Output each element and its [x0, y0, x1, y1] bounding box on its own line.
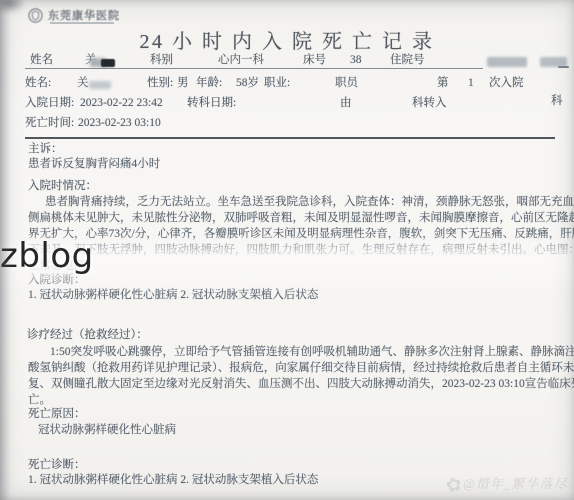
hospital-emblem-icon — [28, 8, 43, 23]
transfer-from-label: 由 — [340, 96, 352, 110]
name-redaction-block — [101, 59, 115, 67]
zblog-watermark: zblog — [0, 236, 94, 276]
admission-no-underline-tail — [558, 66, 569, 68]
rescue-course-line: 1:50突发呼吸心跳骤停，立即给予气管插管连接有创呼吸机辅助通气、静脉多次注射肾… — [50, 345, 574, 359]
admission-date-label: 入院日期: — [25, 96, 74, 110]
rescue-course-line: 亡。 — [28, 393, 51, 407]
name-redaction-smudge-2 — [89, 81, 111, 89]
page-title: 24 小 时 内 入 院 死 亡 记 录 — [0, 25, 574, 54]
admission-state-line: 患者胸背痛持续，乏力无法站立。坐车急送至我院急诊科，入院查体：神清，颈静脉无怒张… — [45, 195, 574, 209]
death-diagnosis-label: 死亡诊断： — [28, 458, 86, 472]
section-divider-rule — [25, 137, 555, 139]
header-bed-label: 床号 — [303, 53, 326, 67]
occupation-label: 职业: — [264, 76, 290, 90]
death-record-photo: 东莞康华医院 24 小 时 内 入 院 死 亡 记 录 姓名 关 科别 心内一科… — [0, 0, 574, 500]
sex-label: 性别: — [147, 76, 173, 90]
photo-credit-text: @惜年_繁华落尽 — [463, 476, 567, 491]
admission-diagnosis-text: 1. 冠状动脉粥样硬化性心脏病 2. 冠状动脉支架植入后状态 — [28, 288, 318, 302]
rescue-course-line: 复、双侧瞳孔散大固定至边缘对光反射消失、血压测不出、四肢大动脉搏动消失，2023… — [28, 377, 574, 391]
hospital-name: 东莞康华医院 — [48, 7, 120, 23]
admission-state-line: 界无扩大，心率73次/分，心律齐，各瓣膜听诊区未闻及明显病理性杂音，腹软，剑突下… — [28, 227, 574, 241]
death-diagnosis-text: 1. 冠状动脉粥样硬化性心脏病 2. 冠状动脉支架植入后状态 — [28, 473, 318, 487]
photo-credit-watermark: ✿@惜年_繁华落尽 — [446, 473, 567, 497]
hospital-logo-subtext — [50, 22, 114, 24]
dept-word: 科 — [551, 94, 563, 108]
header-bed-value: 38 — [350, 53, 362, 67]
header-dept-value: 心内一科 — [218, 53, 264, 67]
name-value: 关 — [77, 76, 89, 90]
chief-complaint-label: 主诉： — [28, 142, 63, 156]
chief-complaint-text: 患者诉反复胸背闷痛4小时 — [28, 157, 160, 171]
rescue-course-line: 酸氢钠纠酸（抢救用药详见护理记录）、报病危，向家属仔细交待目前病情，经过持续抢救… — [28, 361, 574, 375]
admission-date-value: 2023-02-22 23:42 — [80, 96, 163, 110]
death-time-label: 死亡时间: — [25, 116, 74, 130]
rescue-course-label: 诊疗经过（抢救经过）： — [27, 328, 148, 342]
admission-state-line: 侧扁桃体未见肿大，未见脓性分泌物，双肺呼吸音粗，未闻及明显湿性啰音，未闻胸膜摩擦… — [28, 211, 574, 225]
visit-number: 1 — [468, 76, 474, 90]
sex-value: 男 — [177, 76, 189, 90]
admission-state-label: 入院时情况： — [28, 179, 97, 193]
occupation-value: 职员 — [335, 76, 358, 90]
age-value: 58岁 — [236, 76, 259, 90]
death-cause-text: 冠状动脉粥样硬化性心脏病 — [38, 423, 176, 437]
header-name-label: 姓名 — [30, 53, 53, 67]
age-label: 年龄: — [196, 76, 222, 90]
death-time-value: 2023-02-23 03:10 — [78, 116, 161, 130]
hospital-logo: 东莞康华医院 — [28, 7, 120, 23]
header-admission-no-label: 住院号 — [390, 53, 425, 67]
admission-no-redaction-1 — [487, 57, 527, 67]
header-dept-label: 科别 — [150, 53, 173, 67]
visit-suffix: 次入院 — [489, 76, 524, 90]
admission-state-line: 下未及，双下肢无浮肿，四肢动脉搏动好，四肢肌力和肌张力可。生理反射存在，病理反射… — [28, 243, 574, 257]
visit-prefix: 第 — [437, 76, 449, 90]
header-row-underline — [25, 68, 483, 69]
transfer-date-label: 转科日期: — [187, 96, 236, 110]
name-label: 姓名: — [25, 76, 51, 90]
transfer-in-label: 科转入 — [412, 96, 447, 110]
death-cause-label: 死亡原因： — [28, 407, 86, 421]
